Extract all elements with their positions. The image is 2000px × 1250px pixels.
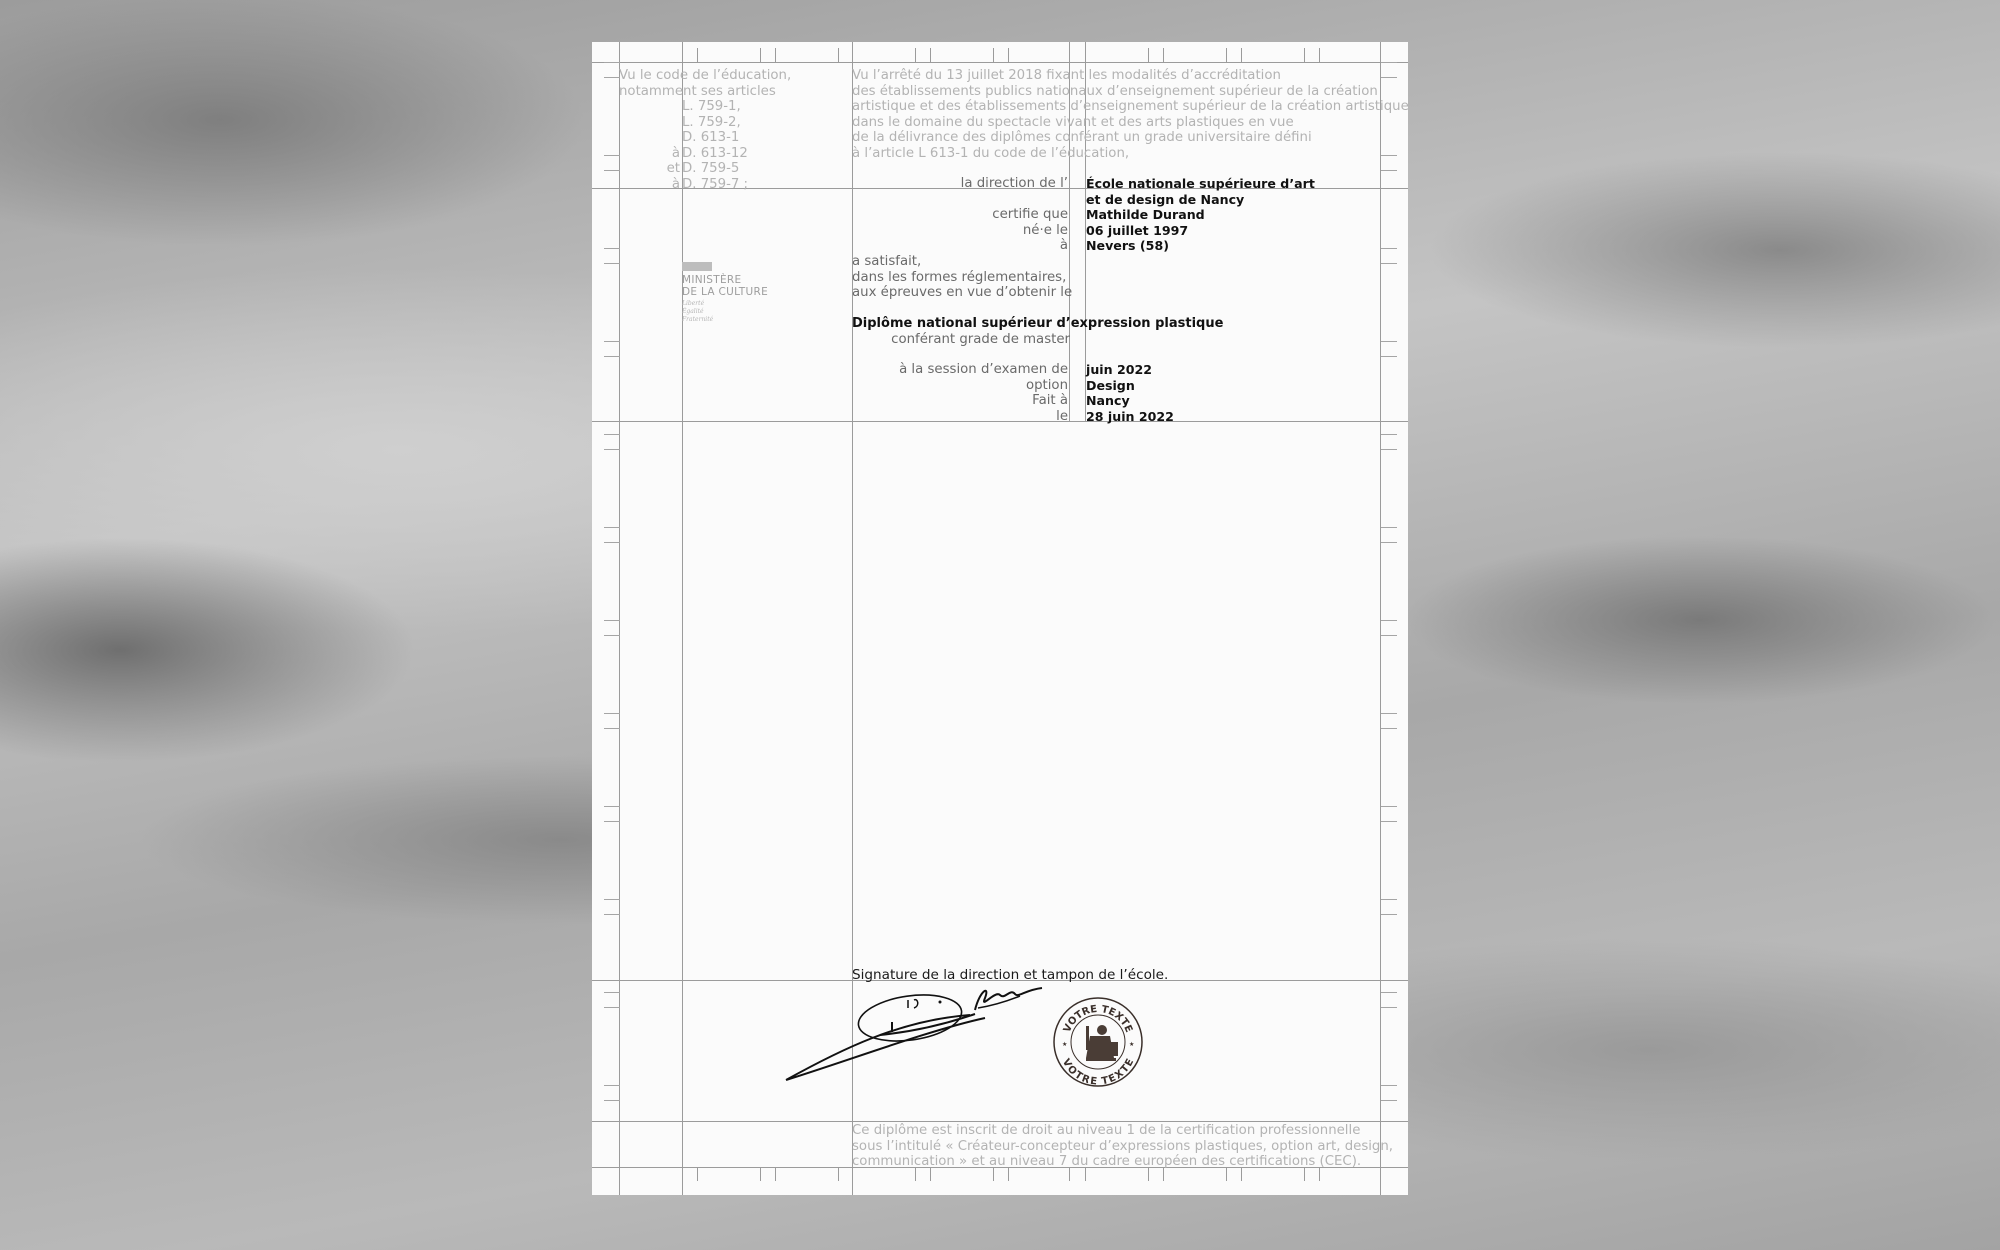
preamble-left-line-1: Vu le code de l’éducation,	[619, 68, 791, 84]
session-label: le	[870, 409, 1068, 425]
article-ref: D. 613-12	[682, 146, 748, 162]
satisfied-line: dans les formes réglementaires,	[852, 270, 1066, 286]
ministry-logo: MINISTÈRE DE LA CULTURE Liberté Égalité …	[682, 262, 768, 324]
field-value: Mathilde Durand	[1086, 207, 1205, 223]
stamp-bottom-text: VOTRE TEXTE	[1060, 1057, 1136, 1087]
footer-line: sous l’intitulé « Créateur-concepteur d’…	[852, 1139, 1393, 1155]
satisfied-line: aux épreuves en vue d’obtenir le	[852, 285, 1072, 301]
session-value: juin 2022	[1086, 362, 1152, 378]
session-label: Fait à	[870, 393, 1068, 409]
footer-line: Ce diplôme est inscrit de droit au nivea…	[852, 1123, 1360, 1139]
field-label: à	[870, 238, 1068, 254]
field-label: certifie que	[870, 207, 1068, 223]
session-label: à la session d’examen de	[870, 362, 1068, 378]
svg-text:★: ★	[1062, 1041, 1067, 1048]
session-label: option	[870, 378, 1068, 394]
field-value: 06 juillet 1997	[1086, 223, 1188, 239]
diploma-grade: conférant grade de master	[800, 332, 1070, 348]
session-value: Design	[1086, 378, 1135, 394]
field-label: la direction de l’	[870, 176, 1068, 192]
logo-line-1: MINISTÈRE	[682, 274, 768, 286]
session-value: 28 juin 2022	[1086, 409, 1174, 425]
article-prefix: à	[600, 177, 680, 193]
school-stamp: VOTRE TEXTE VOTRE TEXTE ★ ★	[1052, 996, 1144, 1088]
article-ref: D. 613-1	[682, 130, 739, 146]
article-ref: D. 759-7 ;	[682, 177, 748, 193]
preamble-right-line: à l’article L 613-1 du code de l’éducati…	[852, 146, 1129, 162]
field-label: né·e le	[870, 223, 1068, 239]
signature-drawing	[780, 980, 1060, 1090]
preamble-left-line-2: notamment ses articles	[619, 84, 776, 100]
svg-text:VOTRE TEXTE: VOTRE TEXTE	[1060, 1057, 1136, 1087]
diploma-title: Diplôme national supérieur d’expression …	[852, 316, 1223, 332]
article-prefix: à	[600, 146, 680, 162]
preamble-right-line: dans le domaine du spectacle vivant et d…	[852, 115, 1294, 131]
field-value: et de design de Nancy	[1086, 192, 1244, 208]
svg-text:★: ★	[1129, 1041, 1134, 1048]
preamble-right-line: des établissements publics nationaux d’e…	[852, 84, 1378, 100]
article-ref: L. 759-2,	[682, 115, 741, 131]
field-value: Nevers (58)	[1086, 238, 1169, 254]
preamble-right-line: artistique et des établissements d’ensei…	[852, 99, 1409, 115]
marianne-flag-icon	[682, 262, 712, 271]
field-value: École nationale supérieure d’art	[1086, 176, 1315, 192]
article-prefix: et	[600, 161, 680, 177]
session-value: Nancy	[1086, 393, 1130, 409]
article-ref: L. 759-1,	[682, 99, 741, 115]
preamble-right-line: de la délivrance des diplômes conférant …	[852, 130, 1312, 146]
preamble-right-line: Vu l’arrêté du 13 juillet 2018 fixant le…	[852, 68, 1281, 84]
logo-line-2: DE LA CULTURE	[682, 286, 768, 298]
article-ref: D. 759-5	[682, 161, 739, 177]
logo-motto: Liberté Égalité Fraternité	[682, 300, 768, 324]
satisfied-line: a satisfait,	[852, 254, 921, 270]
footer-line: communication » et au niveau 7 du cadre …	[852, 1154, 1361, 1170]
